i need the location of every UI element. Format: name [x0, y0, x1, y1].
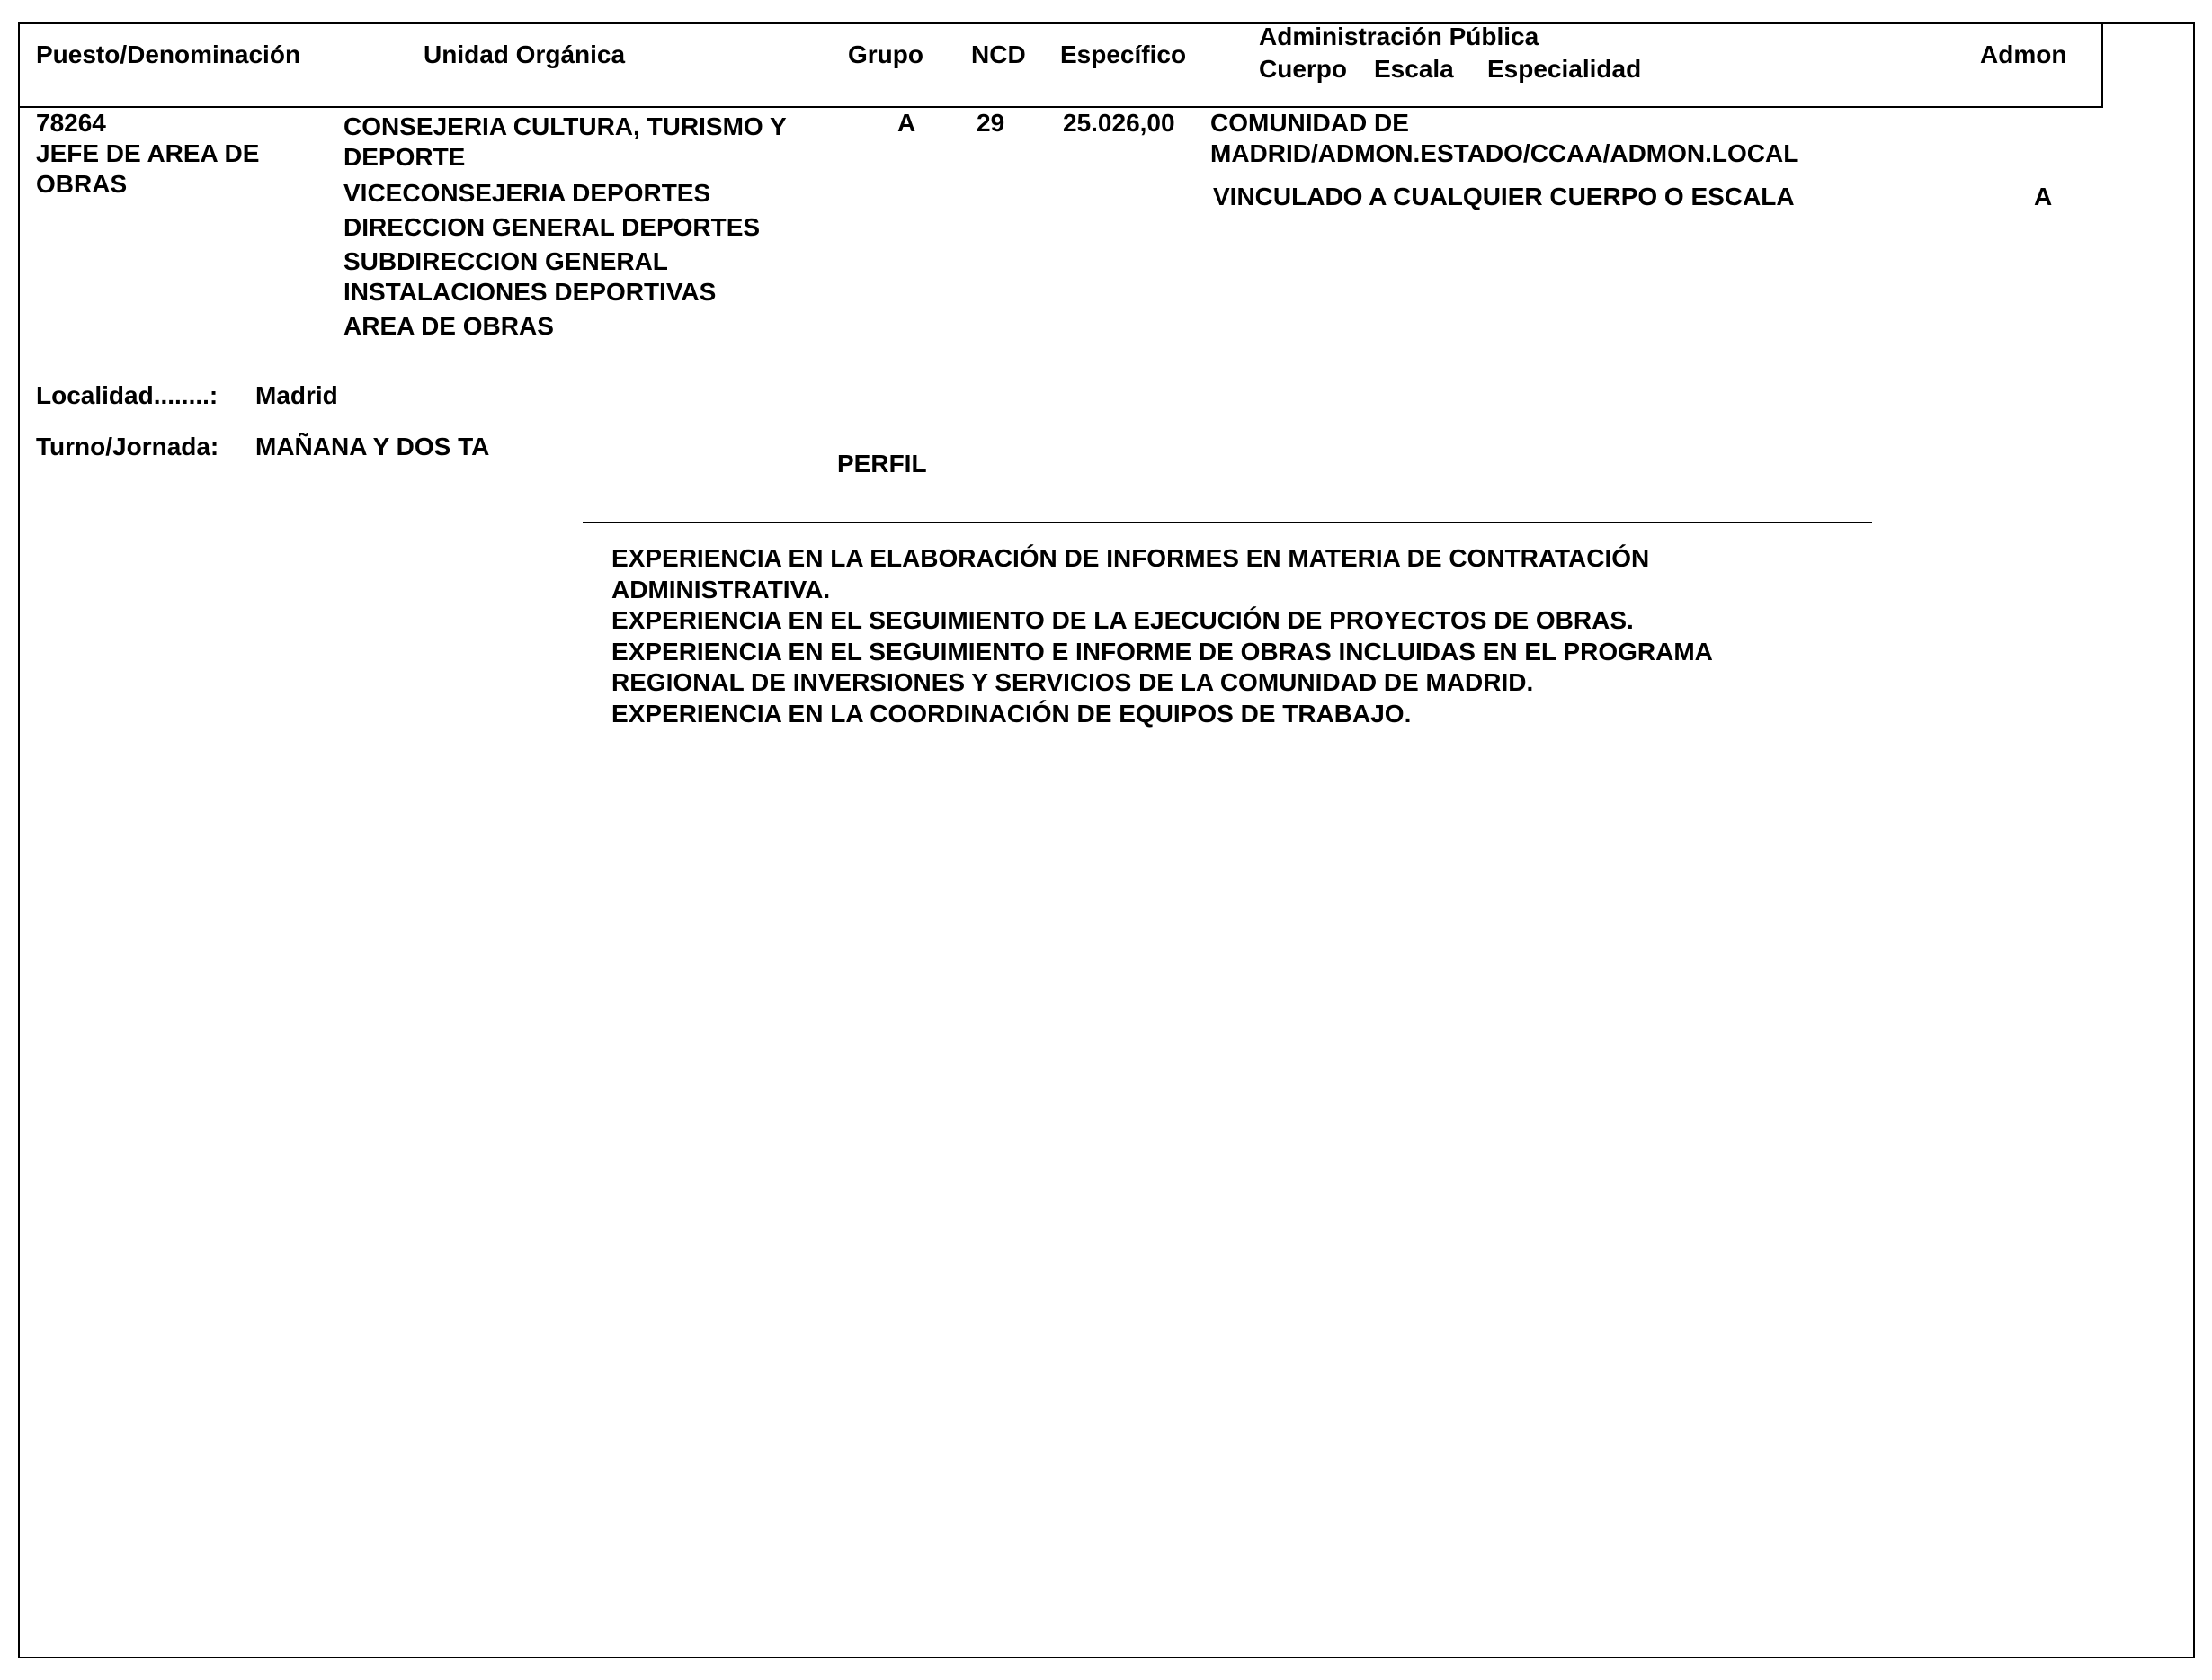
localidad-value: Madrid: [255, 380, 338, 411]
admin-line: COMUNIDAD DE: [1210, 108, 1798, 139]
unidad-line: VICECONSEJERIA DEPORTES: [343, 178, 787, 209]
unidad-line: DEPORTE: [343, 142, 787, 173]
perfil-line: ADMINISTRATIVA.: [611, 575, 1713, 606]
unidad-line: DIRECCION GENERAL DEPORTES: [343, 212, 787, 243]
cuerpo-value: VINCULADO A CUALQUIER CUERPO O ESCALA: [1213, 182, 1795, 212]
denominacion-line: JEFE DE AREA DE: [36, 139, 259, 169]
header-unidad: Unidad Orgánica: [424, 40, 625, 70]
admon-value: A: [2034, 182, 2052, 212]
perfil-divider: [583, 522, 1872, 523]
unidad-line: AREA DE OBRAS: [343, 311, 787, 342]
especifico-value: 25.026,00: [1063, 108, 1175, 139]
turno-value: MAÑANA Y DOS TA: [255, 432, 489, 462]
grupo-value: A: [897, 108, 915, 139]
header-admon: Admon: [1980, 40, 2066, 70]
localidad-label: Localidad........:: [36, 380, 218, 411]
puesto-codigo: 78264: [36, 108, 259, 139]
header-especifico: Específico: [1060, 40, 1186, 70]
puesto-denominacion: 78264 JEFE DE AREA DE OBRAS: [36, 108, 259, 200]
perfil-title: PERFIL: [837, 449, 927, 479]
perfil-line: EXPERIENCIA EN LA COORDINACIÓN DE EQUIPO…: [611, 699, 1713, 730]
unidad-line: CONSEJERIA CULTURA, TURISMO Y: [343, 112, 787, 142]
header-admin-publica: Administración Pública: [1259, 22, 1539, 52]
perfil-line: REGIONAL DE INVERSIONES Y SERVICIOS DE L…: [611, 667, 1713, 699]
admin-line: MADRID/ADMON.ESTADO/CCAA/ADMON.LOCAL: [1210, 139, 1798, 169]
perfil-text: EXPERIENCIA EN LA ELABORACIÓN DE INFORME…: [611, 543, 1713, 729]
perfil-line: EXPERIENCIA EN EL SEGUIMIENTO DE LA EJEC…: [611, 605, 1713, 637]
header-ncd: NCD: [971, 40, 1026, 70]
header-grupo: Grupo: [848, 40, 923, 70]
perfil-line: EXPERIENCIA EN EL SEGUIMIENTO E INFORME …: [611, 637, 1713, 668]
header-puesto: Puesto/Denominación: [36, 40, 300, 70]
unidad-line: INSTALACIONES DEPORTIVAS: [343, 277, 787, 308]
header-cuerpo: Cuerpo: [1259, 54, 1347, 85]
denominacion-line: OBRAS: [36, 169, 259, 200]
unidad-line: SUBDIRECCION GENERAL: [343, 246, 787, 277]
perfil-line: EXPERIENCIA EN LA ELABORACIÓN DE INFORME…: [611, 543, 1713, 575]
header-escala: Escala: [1374, 54, 1454, 85]
ncd-value: 29: [977, 108, 1004, 139]
unidad-organica: CONSEJERIA CULTURA, TURISMO Y DEPORTE VI…: [343, 112, 787, 342]
turno-label: Turno/Jornada:: [36, 432, 219, 462]
header-especialidad: Especialidad: [1487, 54, 1641, 85]
admin-publica-value: COMUNIDAD DE MADRID/ADMON.ESTADO/CCAA/AD…: [1210, 108, 1798, 169]
